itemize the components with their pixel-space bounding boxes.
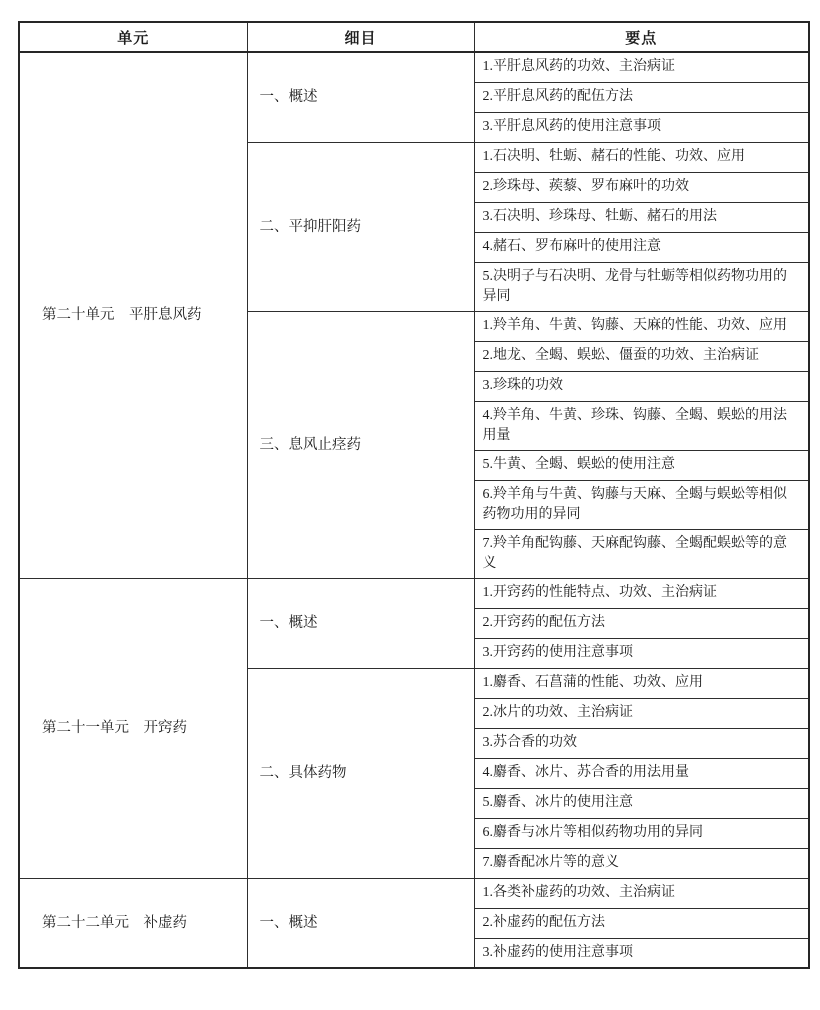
point-cell: 6.麝香与冰片等相似药物功用的异同 xyxy=(474,818,809,848)
point-cell: 2.珍珠母、蒺藜、罗布麻叶的功效 xyxy=(474,172,809,202)
point-cell: 1.羚羊角、牛黄、钩藤、天麻的性能、功效、应用 xyxy=(474,311,809,341)
section-cell: 二、具体药物 xyxy=(247,668,474,878)
section-cell: 三、息风止痉药 xyxy=(247,311,474,578)
unit-cell: 第二十一单元 开窍药 xyxy=(19,578,247,878)
point-cell: 2.平肝息风药的配伍方法 xyxy=(474,82,809,112)
point-cell: 4.赭石、罗布麻叶的使用注意 xyxy=(474,232,809,262)
table-row: 第二十单元 平肝息风药 一、概述 1.平肝息风药的功效、主治病证 xyxy=(19,52,809,82)
unit-cell: 第二十单元 平肝息风药 xyxy=(19,52,247,578)
point-cell: 2.冰片的功效、主治病证 xyxy=(474,698,809,728)
table-header-row: 单元 细目 要点 xyxy=(19,22,809,52)
point-cell: 1.石决明、牡蛎、赭石的性能、功效、应用 xyxy=(474,142,809,172)
point-cell: 3.平肝息风药的使用注意事项 xyxy=(474,112,809,142)
column-header-detail: 细目 xyxy=(247,22,474,52)
document-page: 单元 细目 要点 第二十单元 平肝息风药 一、概述 1.平肝息风药的功效、主治病… xyxy=(0,0,820,1010)
point-cell: 2.补虚药的配伍方法 xyxy=(474,908,809,938)
point-cell: 3.补虚药的使用注意事项 xyxy=(474,938,809,968)
point-cell: 1.开窍药的性能特点、功效、主治病证 xyxy=(474,578,809,608)
point-cell: 2.地龙、全蝎、蜈蚣、僵蚕的功效、主治病证 xyxy=(474,341,809,371)
point-cell: 1.麝香、石菖蒲的性能、功效、应用 xyxy=(474,668,809,698)
point-cell: 7.羚羊角配钩藤、天麻配钩藤、全蝎配蜈蚣等的意义 xyxy=(474,529,809,578)
point-cell: 5.牛黄、全蝎、蜈蚣的使用注意 xyxy=(474,450,809,480)
point-cell: 1.平肝息风药的功效、主治病证 xyxy=(474,52,809,82)
point-cell: 3.石决明、珍珠母、牡蛎、赭石的用法 xyxy=(474,202,809,232)
column-header-points: 要点 xyxy=(474,22,809,52)
point-cell: 5.麝香、冰片的使用注意 xyxy=(474,788,809,818)
point-cell: 3.苏合香的功效 xyxy=(474,728,809,758)
unit-cell: 第二十二单元 补虚药 xyxy=(19,878,247,968)
point-cell: 5.决明子与石决明、龙骨与牡蛎等相似药物功用的异同 xyxy=(474,262,809,311)
point-cell: 7.麝香配冰片等的意义 xyxy=(474,848,809,878)
point-cell: 2.开窍药的配伍方法 xyxy=(474,608,809,638)
point-cell: 4.羚羊角、牛黄、珍珠、钩藤、全蝎、蜈蚣的用法用量 xyxy=(474,401,809,450)
point-cell: 4.麝香、冰片、苏合香的用法用量 xyxy=(474,758,809,788)
section-cell: 一、概述 xyxy=(247,578,474,668)
point-cell: 1.各类补虚药的功效、主治病证 xyxy=(474,878,809,908)
point-cell: 3.珍珠的功效 xyxy=(474,371,809,401)
section-cell: 二、平抑肝阳药 xyxy=(247,142,474,311)
point-cell: 3.开窍药的使用注意事项 xyxy=(474,638,809,668)
section-cell: 一、概述 xyxy=(247,878,474,968)
column-header-unit: 单元 xyxy=(19,22,247,52)
point-cell: 6.羚羊角与牛黄、钩藤与天麻、全蝎与蜈蚣等相似药物功用的异同 xyxy=(474,480,809,529)
section-cell: 一、概述 xyxy=(247,52,474,142)
syllabus-table: 单元 细目 要点 第二十单元 平肝息风药 一、概述 1.平肝息风药的功效、主治病… xyxy=(18,21,810,969)
table-row: 第二十二单元 补虚药 一、概述 1.各类补虚药的功效、主治病证 xyxy=(19,878,809,908)
table-row: 第二十一单元 开窍药 一、概述 1.开窍药的性能特点、功效、主治病证 xyxy=(19,578,809,608)
